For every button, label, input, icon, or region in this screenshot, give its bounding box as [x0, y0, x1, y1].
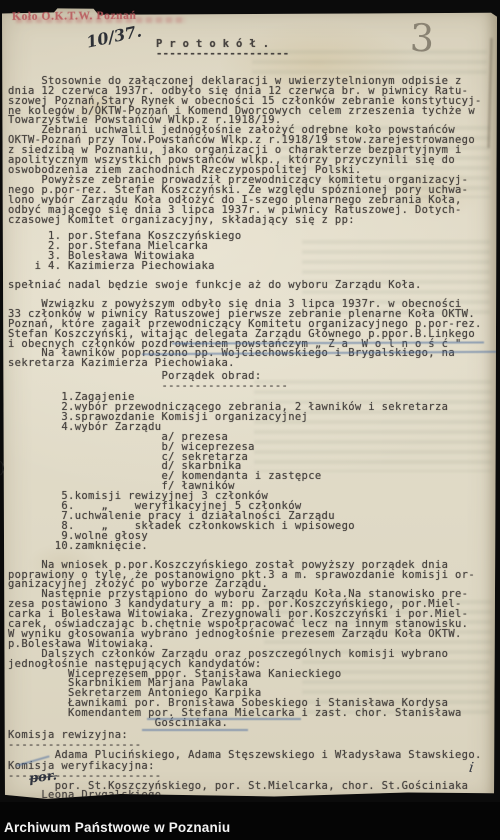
doc-block-list-weryfikacyjna-members: por. St.Koszczyńskiego, por. St.Mielcark…	[8, 782, 494, 802]
doc-line: Gościniaka.	[8, 719, 494, 729]
title-underline: --------------------	[156, 50, 494, 60]
blue-pencil-underline-goscinaka	[142, 729, 248, 731]
doc-block-para-intro: Stosownie do załączonej deklaracji w uwi…	[8, 77, 494, 127]
margin-bracket-mark: )	[0, 458, 5, 477]
doc-line: spełniać nadal będzie swoje funkcje aż d…	[8, 281, 494, 291]
doc-line: sekretarza Kazimierza Piechowiaka.	[8, 359, 494, 369]
page-title: P r o t o k ó ł . --------------------	[156, 40, 494, 60]
document-body: P r o t o k ó ł . -------------------- S…	[8, 8, 494, 801]
scanned-document-page: P r o t o k ó ł . -------------------- S…	[2, 8, 497, 802]
doc-line: Leona Drygalskiego.	[8, 791, 494, 801]
doc-block-heading-komisja-rewizyjna: Komisja rewizyjna:--------------------	[8, 731, 494, 751]
doc-line: czasowej Komitet organizacyjny, składają…	[8, 216, 494, 226]
doc-block-list-committee-members: 1. por.Stefana Koszczyńskiego 2. por.Ste…	[8, 232, 494, 272]
doc-block-heading-komisja-weryfikacyjna: Komisja weryfikacyjna:------------------…	[8, 762, 494, 782]
doc-block-list-positions: Wiceprezesem ppor. Stanisława Kanieckieg…	[8, 670, 494, 729]
handwritten-page-number: 3	[409, 16, 435, 61]
doc-line: i 4. Kazimierza Piechowiaka	[8, 262, 494, 272]
doc-block-line-committee-note: spełniać nadal będzie swoje funkcje aż d…	[8, 281, 494, 291]
doc-block-para-meeting-lead: Powyższe zebranie prowadził przewodniczą…	[8, 176, 494, 226]
doc-block-para-further-elections: Dalszych członków Zarządu oraz poszczegó…	[8, 650, 494, 670]
doc-block-para-plenary: Wzwiązku z powyższym odbyło się dnia 3 l…	[8, 300, 494, 369]
circle-stamp-text: Koło O.K.T.W. Poznań	[12, 9, 212, 23]
doc-block-para-election: Następnie przystąpiono do wyboru Zarządu…	[8, 590, 494, 649]
doc-block-para-agenda-amendment: Na wniosek p.por.Koszczyńskiego został p…	[8, 561, 494, 591]
doc-block-para-resolution: Zebrani uchwalili jednogłośnie założyć o…	[8, 126, 494, 176]
archive-watermark: Archiwum Państwowe w Poznaniu	[4, 820, 230, 835]
doc-line: 10.zamknięcie.	[8, 542, 494, 552]
blue-pencil-underline-mielcarka	[147, 718, 301, 720]
doc-block-heading-agenda: Porządek obrad: -------------------	[8, 372, 494, 392]
doc-block-list-agenda: 1.Zagajenie 2.wybór przewodniczącego zeb…	[8, 393, 494, 552]
